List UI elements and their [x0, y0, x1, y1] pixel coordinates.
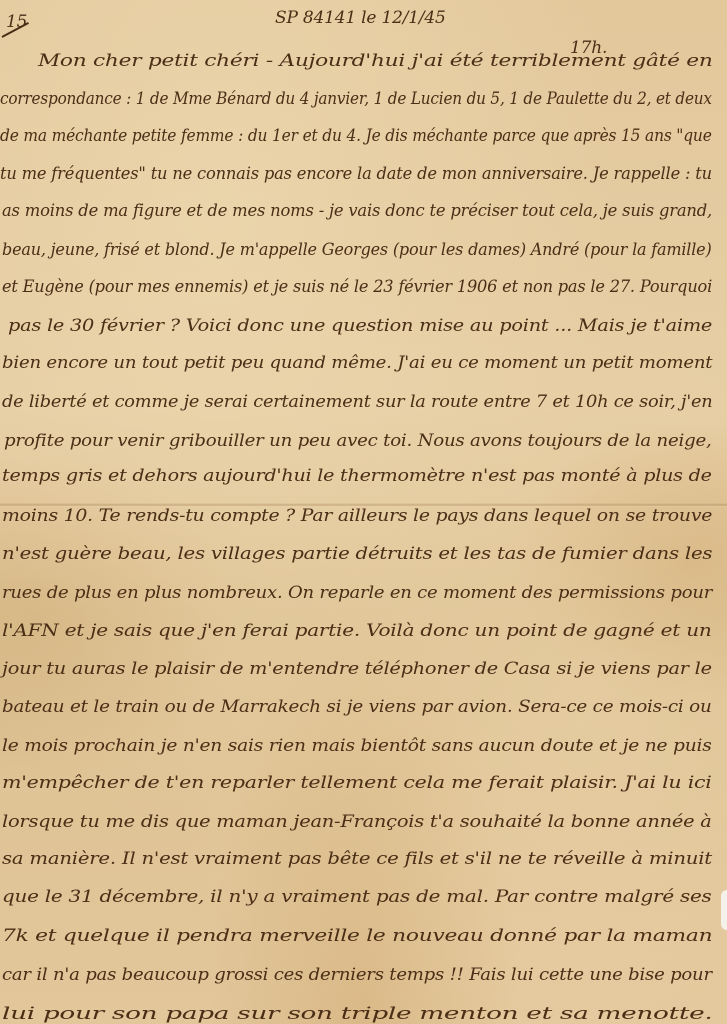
letter-line: n'est guère beau, les villages partie dé… [2, 544, 712, 563]
letter-line: lui pour son papa sur son triple menton … [2, 1004, 712, 1023]
letter-line: sa manière. Il n'est vraiment pas bête c… [2, 849, 712, 868]
letter-line: de ma méchante petite femme : du 1er et … [0, 126, 712, 145]
letter-line: le mois prochain je n'en sais rien mais … [2, 736, 712, 755]
letter-line: moins 10. Te rends-tu compte ? Par aille… [2, 506, 712, 525]
letter-line: as moins de ma figure et de mes noms - j… [2, 201, 712, 220]
paper-edge-tear [721, 890, 727, 930]
letter-header-date: SP 84141 le 12/1/45 [275, 8, 446, 28]
letter-line: m'empêcher de t'en reparler tellement ce… [2, 773, 712, 792]
letter-line: bateau et le train ou de Marrakech si je… [2, 697, 712, 716]
letter-line: jour tu auras le plaisir de m'entendre t… [2, 659, 712, 678]
letter-line: Mon cher petit chéri - Aujourd'hui j'ai … [38, 51, 713, 70]
letter-line: car il n'a pas beaucoup grossi ces derni… [2, 965, 712, 984]
letter-line: lorsque tu me dis que maman jean-Françoi… [2, 812, 712, 831]
letter-line: bien encore un tout petit peu quand même… [2, 353, 712, 372]
letter-line: profite pour venir gribouiller un peu av… [4, 431, 712, 450]
letter-line: beau, jeune, frisé et blond. Je m'appell… [2, 240, 712, 259]
letter-line: 7k et quelque il pendra merveille le nou… [2, 926, 712, 945]
letter-line: correspondance : 1 de Mme Bénard du 4 ja… [0, 89, 712, 108]
letter-line: pas le 30 février ? Voici donc une quest… [8, 316, 712, 335]
letter-line: de liberté et comme je serai certainemen… [2, 392, 712, 411]
letter-line: que le 31 décembre, il n'y a vraiment pa… [2, 887, 711, 906]
letter-line: l'AFN et je sais que j'en ferai partie. … [2, 621, 712, 640]
letter-line: tu me fréquentes" tu ne connais pas enco… [0, 164, 712, 183]
letter-line: rues de plus en plus nombreux. On reparl… [2, 583, 712, 602]
letter-line: temps gris et dehors aujourd'hui le ther… [2, 466, 712, 485]
letter-line: et Eugène (pour mes ennemis) et je suis … [2, 277, 712, 296]
